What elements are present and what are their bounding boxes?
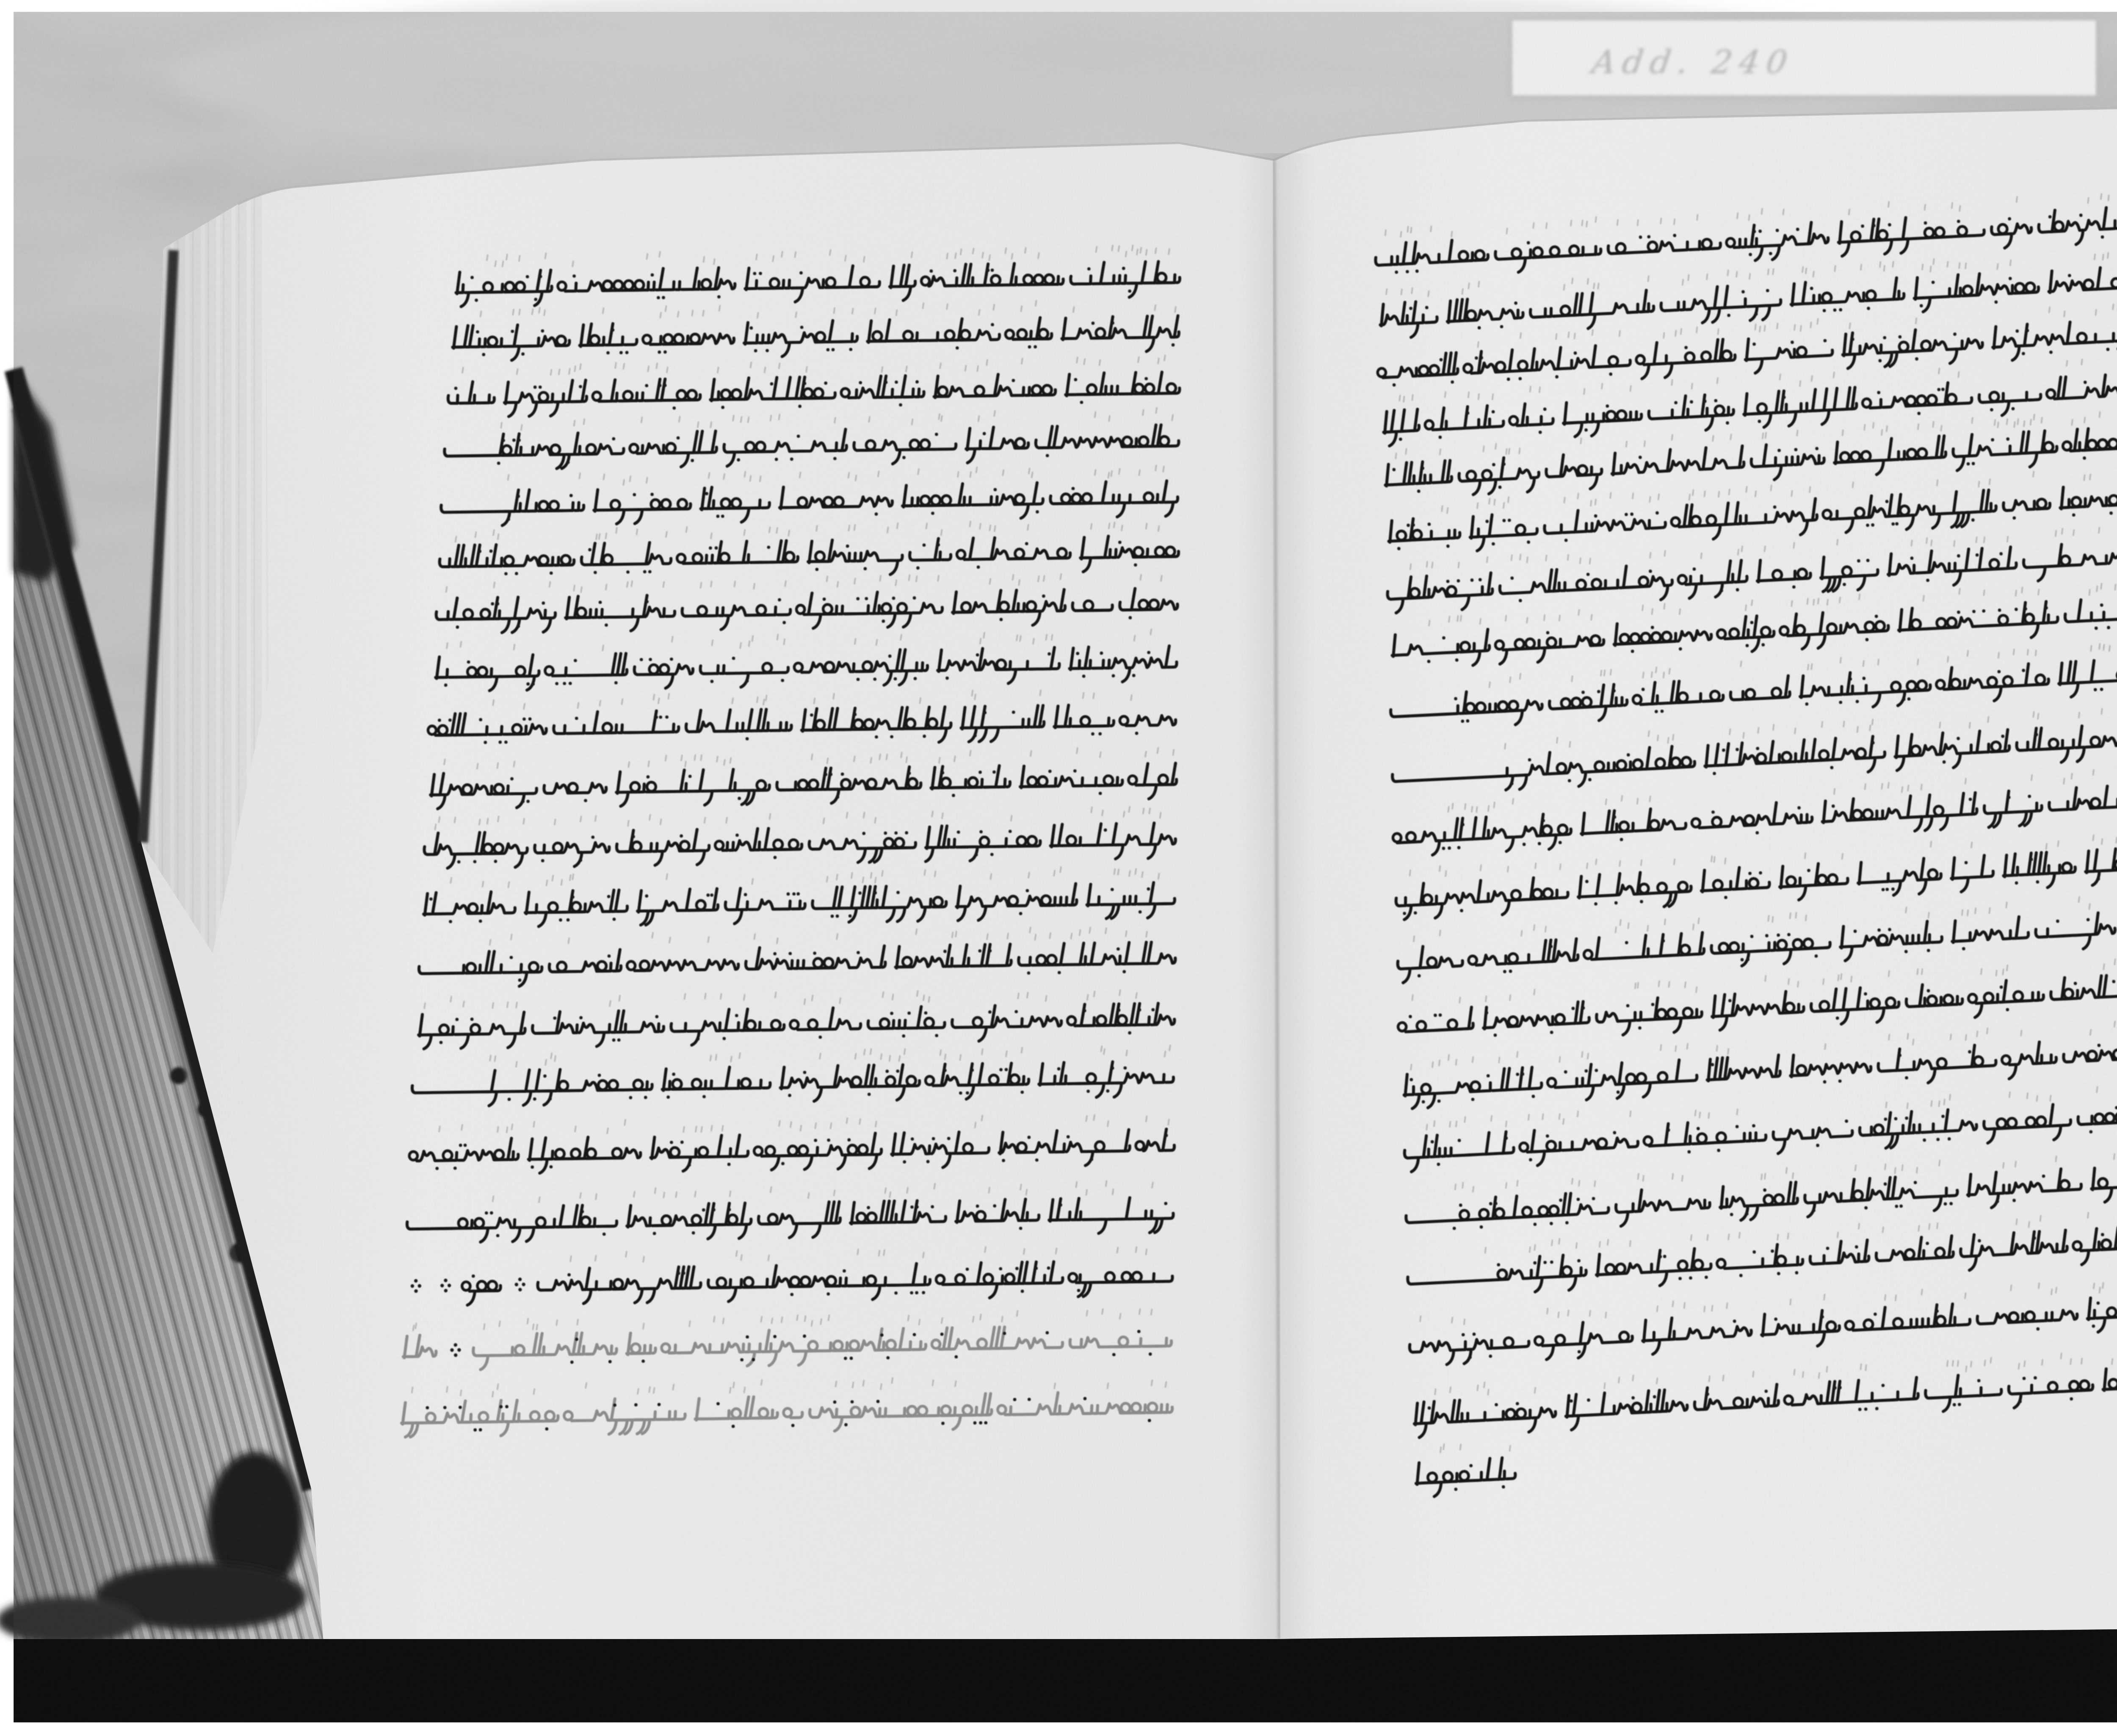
vowel-mark <box>1688 1044 1689 1049</box>
diacritic-dot <box>538 385 541 389</box>
vowel-mark <box>1076 357 1077 362</box>
vowel-mark <box>1512 799 1514 804</box>
ink-loop <box>1785 1003 1795 1012</box>
vowel-mark <box>1647 926 1649 931</box>
diacritic-dot <box>1647 235 1650 238</box>
ink-loop <box>976 1211 985 1221</box>
diacritic-dot <box>1629 512 1633 516</box>
ink-loop <box>2064 989 2074 998</box>
vowel-mark <box>641 417 642 423</box>
diacritic-dot <box>1729 1213 1733 1216</box>
diacritic-dot <box>1466 719 1469 723</box>
diacritic-dot <box>735 834 739 837</box>
vowel-mark <box>1582 1052 1584 1057</box>
vowel-mark <box>2094 254 2095 260</box>
diacritic-dot <box>494 860 497 863</box>
vowel-mark <box>528 1319 529 1324</box>
vowel-mark <box>1743 733 1744 738</box>
ink-loop <box>1733 1398 1743 1407</box>
ink-stroke <box>1772 1126 1853 1154</box>
vowel-mark <box>1012 575 1013 580</box>
diacritic-dot <box>1777 933 1780 937</box>
vowel-mark <box>906 1188 907 1193</box>
vowel-mark <box>1901 1165 1902 1170</box>
ink-stroke <box>538 1266 701 1304</box>
vowel-mark <box>1852 976 1853 981</box>
diacritic-dot <box>2015 881 2018 885</box>
vowel-mark <box>1665 919 1666 924</box>
ink-loop <box>1730 943 1739 952</box>
diacritic-dot <box>875 512 878 516</box>
diacritic-dot <box>1564 1221 1568 1225</box>
vowel-mark <box>720 306 721 311</box>
ink-stroke <box>807 539 902 575</box>
vowel-mark <box>869 417 870 422</box>
script-word <box>1395 860 1569 920</box>
diacritic-dot <box>1172 343 1175 347</box>
vowel-mark <box>2079 897 2080 902</box>
ink-stroke <box>444 432 624 470</box>
vowel-mark <box>970 472 971 477</box>
script-word <box>1039 1045 1174 1098</box>
ink-loop <box>2101 1239 2110 1249</box>
diacritic-dot <box>2016 329 2019 333</box>
vowel-mark <box>1107 1121 1108 1126</box>
ink-loop <box>559 1081 568 1090</box>
vowel-mark <box>570 1256 571 1261</box>
script-word <box>1391 796 1572 857</box>
vowel-mark <box>1806 915 1807 921</box>
diacritic-dot <box>553 1017 556 1020</box>
script-word <box>1841 315 1984 368</box>
vowel-mark <box>669 694 670 699</box>
vowel-mark <box>1649 553 1650 558</box>
ink-loop <box>910 440 919 449</box>
ink-loop <box>897 603 906 613</box>
vowel-mark <box>1456 1060 1458 1065</box>
vowel-mark <box>1054 1383 1055 1388</box>
ink-loop <box>1407 832 1416 842</box>
vowel-mark <box>1604 1383 1605 1388</box>
diacritic-dot <box>1409 1015 1412 1018</box>
script-word <box>1700 854 1770 901</box>
diacritic-dot <box>613 918 616 921</box>
script-word <box>1843 1287 1970 1331</box>
diacritic-dot <box>508 1098 511 1101</box>
ink-loop <box>467 667 476 677</box>
script-word <box>1583 916 1705 960</box>
ink-loop <box>991 275 1000 285</box>
vowel-mark <box>649 1387 649 1392</box>
ink-loop <box>530 1412 539 1421</box>
diacritic-dot <box>1905 950 1908 953</box>
ink-loop <box>673 1079 682 1089</box>
script-word <box>1067 990 1175 1036</box>
vowel-mark <box>1157 358 1158 363</box>
ink-loop <box>2026 282 2035 292</box>
vowel-mark <box>497 1127 497 1132</box>
script-word <box>626 1187 751 1240</box>
ink-loop <box>961 603 970 612</box>
vowel-mark <box>1588 1053 1589 1059</box>
diacritic-dot <box>849 914 852 918</box>
diacritic-dot <box>484 1211 488 1215</box>
vowel-mark <box>1824 979 1825 984</box>
diacritic-dot <box>664 351 667 354</box>
diacritic-dot <box>1832 804 1835 808</box>
vowel-mark <box>716 757 717 762</box>
vowel-mark <box>1445 871 1447 876</box>
ink-stroke <box>474 1332 618 1370</box>
ink-loop <box>1509 701 1518 710</box>
diacritic-dot <box>1650 626 1653 629</box>
script-word <box>1402 1114 1514 1172</box>
diacritic-dot <box>634 1403 637 1407</box>
vowel-mark <box>1094 412 1095 417</box>
vowel-mark <box>984 633 985 638</box>
vowel-mark <box>1451 232 1452 237</box>
punctuation-dot <box>515 1283 519 1286</box>
script-word <box>408 1124 518 1170</box>
diacritic-dot <box>1906 1076 1909 1079</box>
vowel-mark <box>1996 970 1998 976</box>
diacritic-dot <box>473 860 477 863</box>
vowel-mark <box>2100 412 2101 417</box>
ink-loop <box>1038 777 1047 786</box>
script-word <box>1403 1050 1543 1109</box>
script-word <box>1128 748 1176 799</box>
vowel-mark <box>1589 558 1590 564</box>
script-word <box>1951 901 2029 951</box>
diacritic-dot <box>1445 580 1449 583</box>
ink-stroke <box>758 1202 840 1238</box>
vowel-mark <box>1981 969 1982 974</box>
ink-loop <box>1935 1248 1944 1258</box>
ink-loop <box>632 842 641 851</box>
vowel-mark <box>580 816 581 821</box>
script-word <box>616 814 709 865</box>
diacritic-dot <box>612 437 615 441</box>
script-word <box>965 410 1028 463</box>
script-word <box>1935 647 2049 704</box>
script-word <box>807 523 901 575</box>
script-word <box>1857 1093 1977 1149</box>
diacritic-dot <box>575 717 579 720</box>
ink-loop <box>2049 739 2058 749</box>
vowel-mark <box>1773 269 1774 274</box>
vowel-mark <box>1569 742 1570 747</box>
vowel-mark <box>1156 465 1157 470</box>
vowel-mark <box>955 932 956 937</box>
vowel-mark <box>714 259 715 264</box>
diacritic-dot <box>1418 489 1421 493</box>
ink-loop <box>1797 1065 1807 1075</box>
diacritic-dot <box>1766 289 1769 292</box>
vowel-mark <box>734 581 735 586</box>
ink-loop <box>623 391 632 401</box>
diacritic-dot <box>652 1232 656 1235</box>
ink-loop <box>664 334 673 344</box>
diacritic-dot <box>512 439 516 442</box>
diacritic-dot <box>526 800 529 803</box>
ink-loop <box>1525 639 1534 648</box>
ink-stroke <box>436 713 547 735</box>
vowel-mark <box>1146 1249 1147 1255</box>
vowel-mark <box>1477 1385 1478 1390</box>
vowel-mark <box>804 999 805 1004</box>
ink-loop <box>1498 702 1507 711</box>
vowel-mark <box>1987 1028 1989 1034</box>
diacritic-dot <box>1971 518 1974 522</box>
ink-loop <box>784 552 793 561</box>
ink-loop <box>675 334 684 343</box>
diacritic-dot <box>672 406 675 410</box>
vowel-mark <box>1117 1247 1118 1252</box>
ink-loop <box>1378 368 1386 377</box>
vowel-mark <box>595 1194 596 1199</box>
vowel-mark <box>1598 284 1599 289</box>
script-word <box>1611 601 1711 654</box>
diacritic-dot <box>854 713 857 716</box>
vowel-mark <box>631 581 632 586</box>
vowel-mark <box>1590 615 1592 620</box>
vowel-mark <box>1916 1168 1917 1173</box>
vowel-mark <box>619 996 620 1001</box>
ink-loop <box>597 962 605 971</box>
diacritic-dot <box>1591 1197 1595 1200</box>
ink-loop <box>1987 677 1996 687</box>
ink-loop <box>630 782 639 792</box>
vowel-mark <box>778 1121 779 1126</box>
vowel-mark <box>1760 1174 1762 1179</box>
vowel-mark <box>710 422 711 427</box>
diacritic-dot <box>657 296 660 299</box>
vowel-mark <box>979 524 980 529</box>
ink-loop <box>568 783 577 793</box>
ink-stroke <box>1391 745 1695 796</box>
vowel-mark <box>1505 1121 1506 1126</box>
ink-loop <box>907 1076 916 1086</box>
vowel-mark <box>1659 981 1660 986</box>
ink-loop <box>867 779 876 788</box>
ink-stroke <box>1383 409 1421 446</box>
diacritic-dot <box>1543 1261 1546 1264</box>
vowel-mark <box>1711 856 1713 861</box>
ink-stroke <box>1471 344 1631 373</box>
vowel-mark <box>1825 1044 1827 1049</box>
diacritic-dot <box>1501 519 1505 522</box>
ink-loop <box>1120 716 1129 725</box>
diacritic-dot <box>1749 621 1753 624</box>
vowel-mark <box>1164 355 1164 360</box>
vowel-mark <box>1556 738 1558 743</box>
vowel-mark <box>1906 1103 1907 1108</box>
script-word <box>418 934 542 988</box>
diacritic-dot <box>2036 1327 2039 1331</box>
ink-loop <box>1423 895 1432 904</box>
vowel-mark <box>909 575 909 580</box>
diacritic-dot <box>1458 1203 1462 1207</box>
ink-stroke <box>2048 783 2117 810</box>
vowel-mark <box>939 363 940 368</box>
diacritic-dot <box>1890 522 1894 526</box>
diacritic-dot <box>2088 1130 2092 1133</box>
ink-loop <box>1686 352 1695 362</box>
vowel-mark <box>1105 928 1105 933</box>
ink-loop <box>744 1277 753 1287</box>
vowel-mark <box>1462 289 1463 294</box>
diacritic-dot <box>1844 1120 1847 1123</box>
vowel-mark <box>1785 1168 1787 1173</box>
vowel-mark <box>1426 562 1427 567</box>
ink-stroke <box>2054 373 2117 398</box>
script-word <box>1968 964 2045 1018</box>
vowel-mark <box>1858 1224 1859 1229</box>
vowel-mark <box>492 530 493 535</box>
vowel-mark <box>879 754 880 759</box>
diacritic-dot <box>973 1421 976 1425</box>
vowel-mark <box>1837 1233 1838 1238</box>
ink-loop <box>624 280 633 290</box>
vowel-mark <box>1165 1382 1166 1387</box>
script-word <box>626 932 738 971</box>
ink-loop <box>2088 440 2098 450</box>
ink-loop <box>2002 1056 2011 1064</box>
ink-loop <box>1794 939 1803 949</box>
vowel-mark <box>1827 600 1828 605</box>
diacritic-dot <box>1852 337 1855 341</box>
vowel-mark <box>578 1319 579 1324</box>
ink-stroke <box>1404 1191 1608 1223</box>
ink-loop <box>1842 567 1851 576</box>
vowel-mark <box>1609 493 1611 498</box>
ink-loop <box>528 962 537 972</box>
diacritic-dot <box>2041 1175 2045 1178</box>
ink-loop <box>1024 275 1033 284</box>
vowel-mark <box>1164 467 1164 472</box>
vowel-mark <box>583 419 584 424</box>
ink-loop <box>1873 1125 1882 1134</box>
vowel-mark <box>627 582 627 587</box>
vowel-mark <box>495 1056 496 1061</box>
vowel-mark <box>667 874 668 879</box>
vowel-mark <box>1575 334 1576 339</box>
vowel-mark <box>1137 357 1138 362</box>
vowel-mark <box>1959 372 1960 377</box>
diacritic-dot <box>818 1036 822 1039</box>
vowel-mark <box>895 580 896 585</box>
diacritic-dot <box>505 741 509 744</box>
ink-loop <box>1706 515 1715 525</box>
diacritic-dot <box>2098 1044 2101 1047</box>
vowel-mark <box>1043 576 1044 581</box>
diacritic-dot <box>1874 615 1877 618</box>
script-word <box>594 473 691 524</box>
diacritic-dot <box>680 1141 683 1144</box>
ink-loop <box>1683 1008 1693 1017</box>
diacritic-dot <box>1042 594 1045 598</box>
vowel-mark <box>1951 1034 1952 1039</box>
vowel-mark <box>1977 1031 1979 1037</box>
ink-loop <box>1671 757 1680 767</box>
ink-loop <box>702 279 711 289</box>
diacritic-dot <box>1526 540 1529 544</box>
vowel-mark <box>969 751 970 756</box>
vowel-mark <box>1839 597 1840 603</box>
diacritic-dot <box>642 1360 646 1363</box>
diacritic-dot <box>727 1163 730 1166</box>
script-word <box>670 992 784 1045</box>
vowel-mark <box>1113 522 1114 528</box>
ink-loop <box>1519 1143 1527 1152</box>
vowel-mark <box>1455 1121 1456 1126</box>
ink-loop <box>1607 411 1616 421</box>
ink-loop <box>1719 943 1729 953</box>
diacritic-dot <box>941 1422 944 1425</box>
diacritic-dot <box>1825 1247 1829 1250</box>
vowel-mark <box>1780 374 1781 379</box>
script-word <box>686 695 792 741</box>
ink-loop <box>1139 437 1148 446</box>
vowel-mark <box>460 1390 461 1395</box>
ink-stroke <box>525 890 628 927</box>
vowel-mark <box>808 1193 809 1198</box>
ink-stroke <box>2057 658 2117 698</box>
script-word <box>925 810 1041 862</box>
diacritic-dot <box>931 1137 934 1140</box>
vowel-mark <box>1543 615 1545 620</box>
diacritic-dot <box>979 830 983 834</box>
vowel-mark <box>2102 839 2103 844</box>
diacritic-dot <box>523 717 527 721</box>
ink-loop <box>1166 384 1175 393</box>
ink-loop <box>1778 940 1787 950</box>
ink-loop <box>545 666 554 675</box>
vowel-mark <box>659 252 660 257</box>
diacritic-dot <box>874 891 878 895</box>
diacritic-dot <box>1457 1139 1460 1142</box>
manuscript-line <box>404 1308 1172 1387</box>
ink-stroke <box>868 318 1000 343</box>
vowel-mark <box>1587 863 1588 868</box>
diacritic-dot <box>563 682 567 685</box>
ink-loop <box>852 1077 861 1086</box>
vowel-mark <box>820 1053 821 1059</box>
script-word <box>1759 1294 1840 1349</box>
vowel-mark <box>2088 198 2089 203</box>
diacritic-dot <box>935 1034 938 1037</box>
script-word <box>2037 193 2117 246</box>
ink-loop <box>867 1276 876 1285</box>
ink-loop <box>635 280 644 290</box>
script-word <box>429 758 536 809</box>
script-word <box>853 414 956 464</box>
ink-loop <box>1984 993 1994 1003</box>
diacritic-dot <box>1942 760 1946 764</box>
vowel-mark <box>772 1318 773 1323</box>
ink-stroke <box>1842 326 1984 369</box>
vowel-mark <box>1596 859 1597 864</box>
diacritic-dot <box>1410 1078 1414 1081</box>
diacritic-dot <box>894 381 897 384</box>
diacritic-dot <box>895 1291 898 1295</box>
ink-loop <box>1425 420 1434 429</box>
script-word <box>2048 766 2117 810</box>
diacritic-dot <box>602 1233 605 1236</box>
diacritic-dot <box>517 979 521 982</box>
diacritic-dot <box>814 568 818 571</box>
script-word <box>441 473 584 526</box>
